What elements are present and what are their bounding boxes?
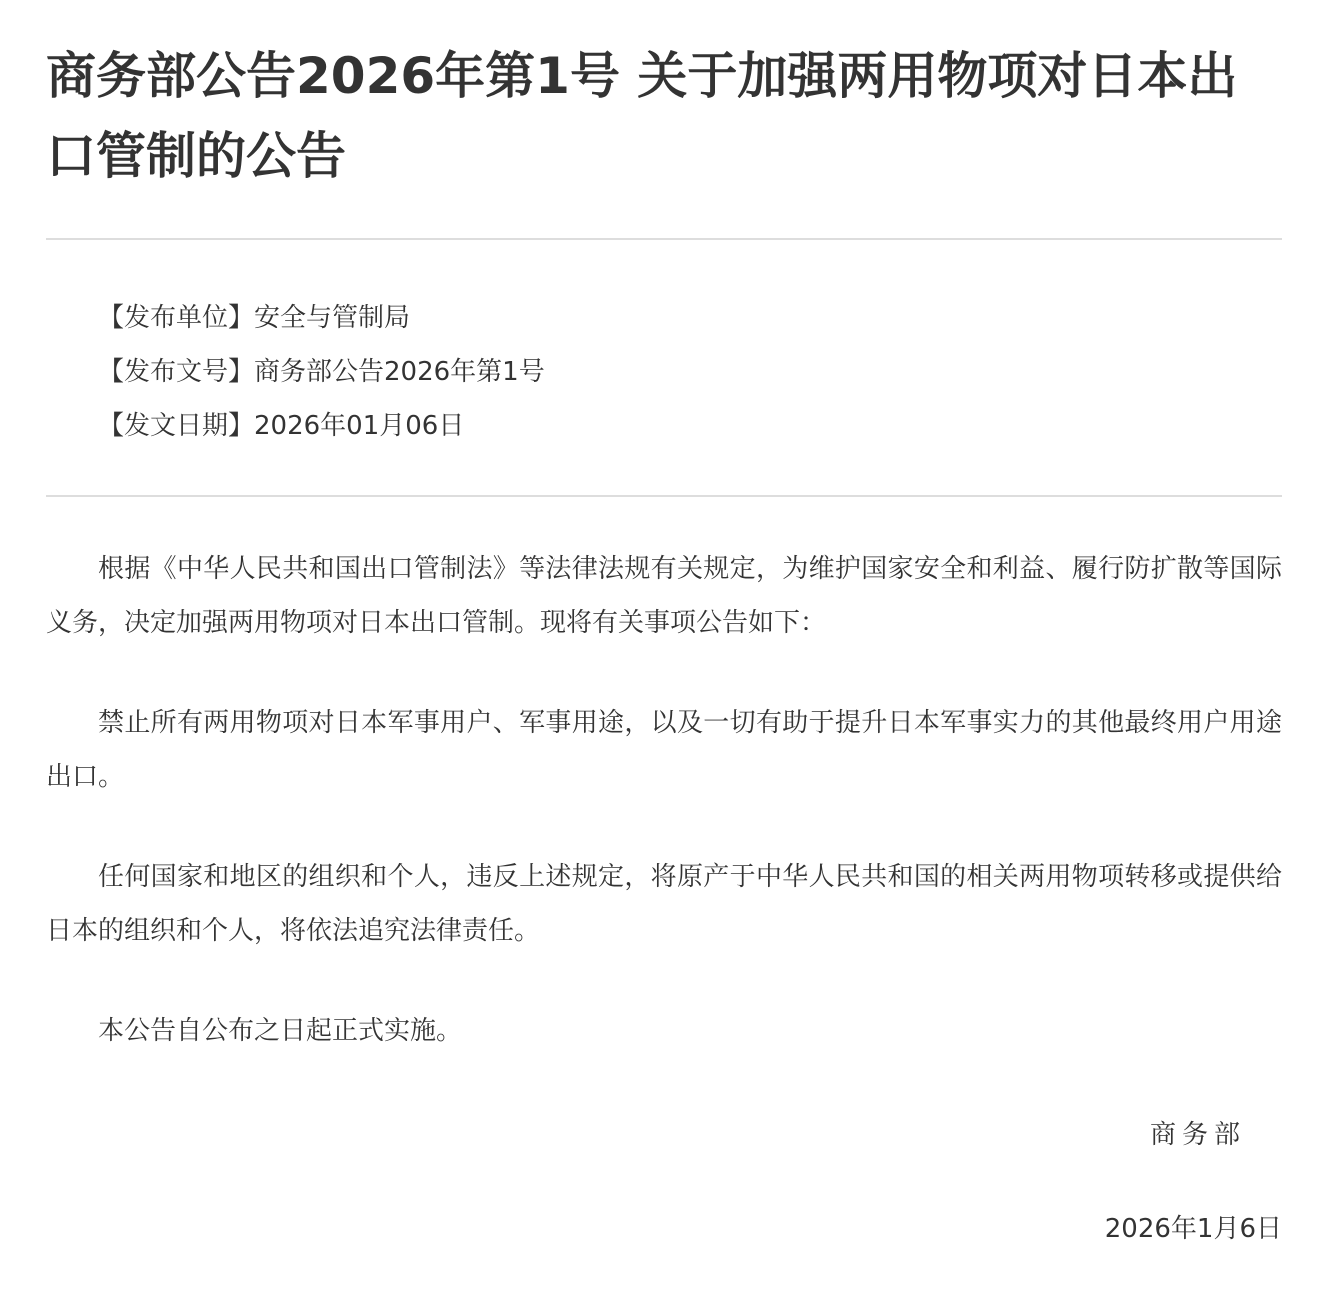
- body-paragraph: 根据《中华人民共和国出口管制法》等法律法规有关规定，为维护国家安全和利益、履行防…: [46, 542, 1282, 650]
- meta-value: 安全与管制局: [254, 303, 410, 333]
- document-meta: 【发布单位】安全与管制局 【发布文号】商务部公告2026年第1号 【发文日期】2…: [46, 240, 1282, 495]
- meta-label: 【发文日期】: [98, 411, 254, 441]
- announcement-page: 商务部公告2026年第1号 关于加强两用物项对日本出口管制的公告 【发布单位】安…: [46, 0, 1282, 1256]
- body-paragraph: 禁止所有两用物项对日本军事用户、军事用途，以及一切有助于提升日本军事实力的其他最…: [46, 696, 1282, 804]
- meta-label: 【发布单位】: [98, 303, 254, 333]
- meta-label: 【发布文号】: [98, 357, 254, 387]
- body-paragraph: 任何国家和地区的组织和个人，违反上述规定，将原产于中华人民共和国的相关两用物项转…: [46, 850, 1282, 958]
- signature: 商务部: [46, 1108, 1282, 1162]
- signature-date: 2026年1月6日: [46, 1202, 1282, 1256]
- meta-value: 2026年01月06日: [254, 411, 464, 441]
- meta-row-date: 【发文日期】2026年01月06日: [98, 399, 1282, 453]
- meta-row-doc-number: 【发布文号】商务部公告2026年第1号: [98, 345, 1282, 399]
- page-title: 商务部公告2026年第1号 关于加强两用物项对日本出口管制的公告: [46, 0, 1282, 196]
- body-paragraph: 本公告自公布之日起正式实施。: [46, 1004, 1282, 1058]
- meta-row-publisher: 【发布单位】安全与管制局: [98, 291, 1282, 345]
- document-body: 根据《中华人民共和国出口管制法》等法律法规有关规定，为维护国家安全和利益、履行防…: [46, 497, 1282, 1256]
- meta-value: 商务部公告2026年第1号: [254, 357, 545, 387]
